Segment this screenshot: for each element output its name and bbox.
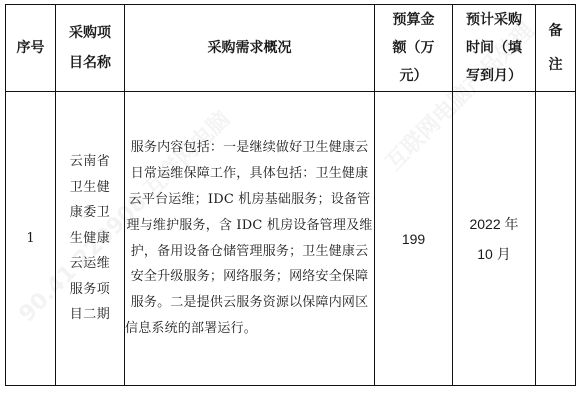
header-remark: 备 注 [536,5,576,92]
table-row: 1 云南省 卫生健 康委卫 生健康 云运维 服务项 目二期 服务内容包括：一是继… [6,92,576,386]
header-project-name: 采购项 目名称 [56,5,125,92]
cell-budget: 199 [375,92,453,386]
header-index: 序号 [6,5,56,92]
procurement-table: 序号 采购项 目名称 采购需求概况 预算金 额（万 元） 预计采购 时间（填 写… [5,4,576,386]
header-budget: 预算金 额（万 元） [375,5,453,92]
cell-remark [536,92,576,386]
cell-index: 1 [6,92,56,386]
cell-project-name: 云南省 卫生健 康委卫 生健康 云运维 服务项 目二期 [56,92,125,386]
header-overview: 采购需求概况 [125,5,375,92]
header-row: 序号 采购项 目名称 采购需求概况 预算金 额（万 元） 预计采购 时间（填 写… [6,5,576,92]
header-time: 预计采购 时间（填 写到月） [453,5,536,92]
cell-overview: 服务内容包括：一是继续做好卫生健康云日常运维保障工作，具体包括：卫生健康云平台运… [125,92,375,386]
cell-time: 2022 年 10 月 [453,92,536,386]
